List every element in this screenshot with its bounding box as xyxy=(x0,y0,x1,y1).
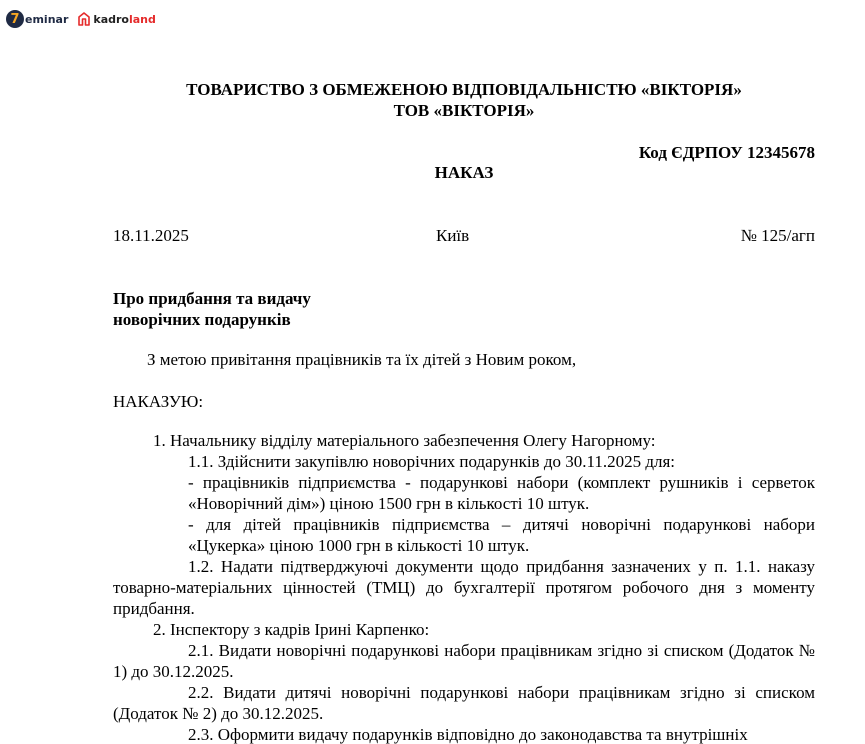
item-1: 1. Начальнику відділу матеріального забе… xyxy=(113,430,815,451)
item-2-3: 2.3. Оформити видачу подарунків відповід… xyxy=(113,724,815,744)
logos: 7 eminar kadroland xyxy=(6,10,156,28)
seminar-logo: 7 eminar xyxy=(6,10,68,28)
document-subject: Про придбання та видачу новорічних подар… xyxy=(113,288,311,330)
order-word: НАКАЗУЮ: xyxy=(113,391,203,412)
document-city: Київ xyxy=(436,225,469,246)
document-meta: 18.11.2025 Київ № 125/агп xyxy=(113,225,815,246)
item-1-1-a: - працівників підприємства - подарункові… xyxy=(113,472,815,514)
order-items: 1. Начальнику відділу матеріального забе… xyxy=(113,430,815,744)
org-full-name: ТОВАРИСТВО З ОБМЕЖЕНОЮ ВІДПОВІДАЛЬНІСТЮ … xyxy=(113,79,815,100)
item-1-2: 1.2. Надати підтверджуючі документи щодо… xyxy=(113,556,815,619)
item-2: 2. Інспектору з кадрів Ірині Карпенко: xyxy=(113,619,815,640)
document-title: НАКАЗ xyxy=(113,162,815,183)
subject-line-1: Про придбання та видачу xyxy=(113,288,311,309)
edrpou-code: Код ЄДРПОУ 12345678 xyxy=(639,142,815,163)
kadroland-wordmark-red: land xyxy=(129,13,156,26)
subject-line-2: новорічних подарунків xyxy=(113,309,311,330)
item-2-2: 2.2. Видати дитячі новорічні подарункові… xyxy=(113,682,815,724)
item-1-1-b: - для дітей працівників підприємства – д… xyxy=(113,514,815,556)
seminar-wordmark: eminar xyxy=(25,13,68,26)
org-short-name: ТОВ «ВІКТОРІЯ» xyxy=(113,100,815,121)
kadroland-wordmark-dark: kadro xyxy=(93,13,129,26)
document-number: № 125/агп xyxy=(741,225,815,246)
item-1-1: 1.1. Здійснити закупівлю новорічних пода… xyxy=(113,451,815,472)
intro-paragraph: З метою привітання працівників та їх діт… xyxy=(147,349,576,370)
item-2-1: 2.1. Видати новорічні подарункові набори… xyxy=(113,640,815,682)
document-date: 18.11.2025 xyxy=(113,225,189,246)
seminar-seven-icon: 7 xyxy=(6,10,24,28)
house-icon xyxy=(78,12,90,26)
kadroland-logo: kadroland xyxy=(78,12,156,26)
